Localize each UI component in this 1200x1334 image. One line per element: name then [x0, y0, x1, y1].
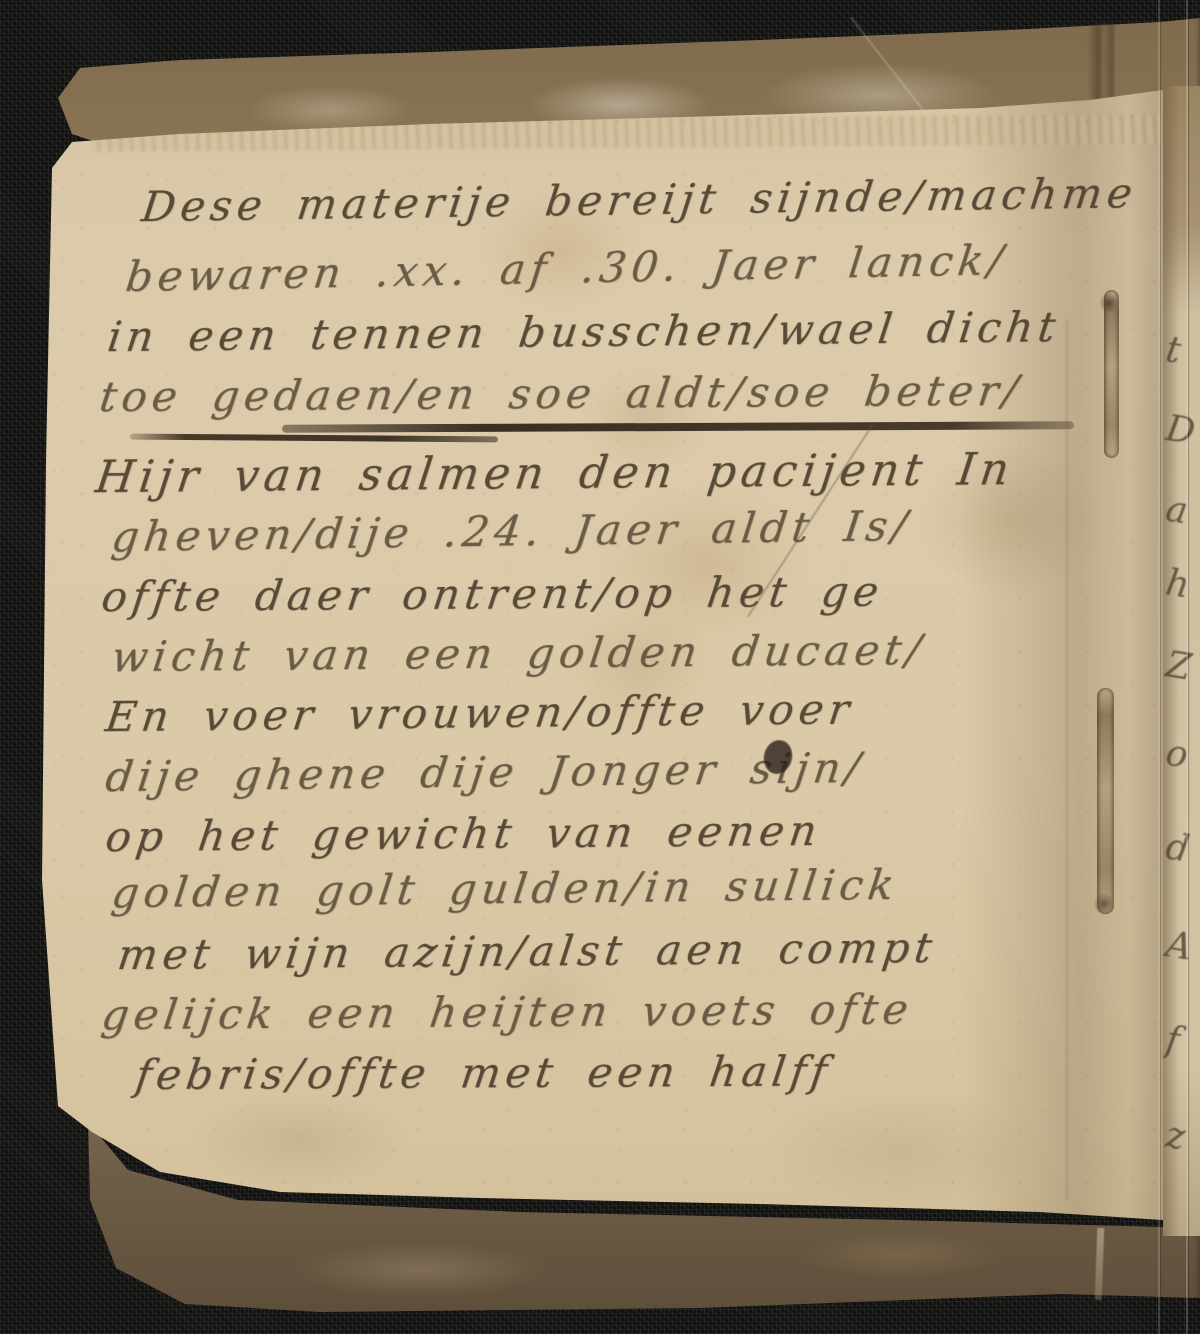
handwritten-line: toe gedaen/en soe aldt/soe beter/ [97, 366, 1026, 421]
stitch-hole [1100, 292, 1118, 314]
handwriting-fragment: t [1163, 329, 1184, 372]
handwritten-line: En voer vrouwen/offte voer [103, 684, 857, 741]
handwritten-line: febris/offte met een halff [133, 1046, 835, 1099]
manuscript-photograph: Dese materije bereijt sijnde/machme bewa… [0, 0, 1200, 1334]
handwritten-line: Dese materije bereijt sijnde/machme [139, 168, 1140, 231]
handwritten-line: bewaren .xx. af .30. Jaer lanck/ [123, 235, 1011, 301]
facing-page-sliver: t D a h Z o d A f z [1163, 86, 1200, 1236]
handwritten-line: offte daer ontrent/op het ge [99, 567, 887, 622]
manuscript-page-verso: Dese materije bereijt sijnde/machme bewa… [0, 0, 1200, 1334]
handwriting-fragment: d [1163, 826, 1192, 870]
handwritten-line: met wijn azijn/alst aen compt [115, 923, 940, 979]
handwriting-fragment: o [1163, 733, 1191, 777]
ink-divider-rule [130, 434, 498, 443]
handwriting-fragment: h [1163, 562, 1192, 606]
handwritten-line: gelijck een heijten voets ofte [99, 984, 916, 1039]
handwriting-fragment: a [1163, 489, 1191, 533]
handwritten-line: dije ghene dije Jonger sijn/ [103, 743, 868, 801]
handwritten-line: golden golt gulden/in sullick [109, 860, 902, 917]
binding-stitch-groove [1104, 290, 1119, 458]
gutter-crease [1066, 320, 1068, 1200]
handwriting-fragment: A [1163, 924, 1195, 969]
handwriting-fragment: D [1163, 408, 1198, 453]
handwritten-line: op het gewicht van eenen [103, 806, 825, 861]
handwritten-line: gheven/dije .24. Jaer aldt Is/ [109, 501, 915, 561]
handwriting-fragment: Z [1163, 644, 1194, 688]
handwritten-line: in een tennen busschen/wael dicht [105, 302, 1063, 361]
handwriting-fragment: z [1163, 1115, 1188, 1158]
handwritten-line: wicht van een golden ducaet/ [109, 625, 929, 681]
ink-divider-rule [282, 421, 1074, 432]
handwriting-fragment: f [1163, 1019, 1182, 1062]
binding-stitch-groove [1097, 688, 1114, 914]
handwritten-line: Hijr van salmen den pacijent In [93, 444, 1017, 503]
stitch-hole [1094, 892, 1114, 916]
